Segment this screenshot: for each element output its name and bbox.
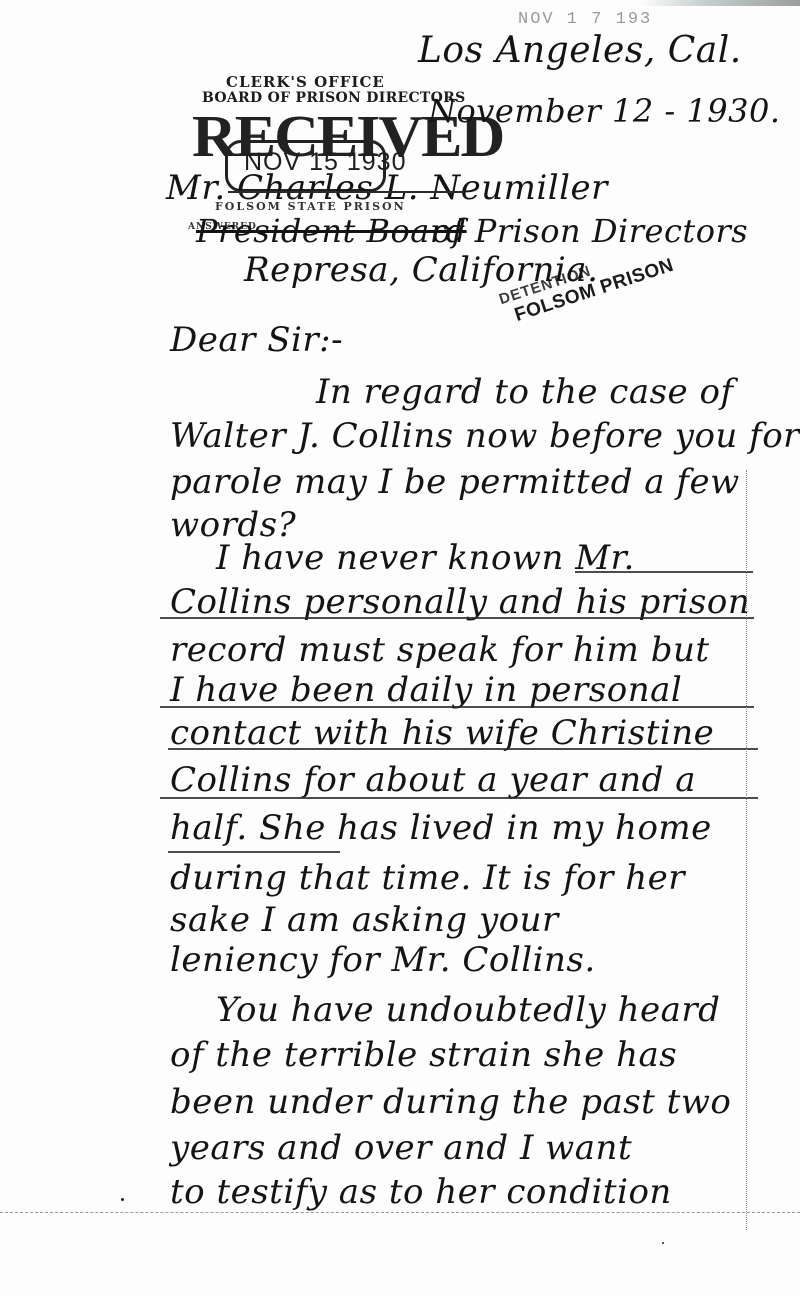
ink-dot xyxy=(662,1242,664,1244)
body-line: record must speak for him but xyxy=(170,630,710,670)
body-line: I have been daily in personal xyxy=(170,670,682,710)
scan-edge-shadow xyxy=(640,0,800,6)
recipient-city: Represa, California. xyxy=(244,250,598,290)
salutation: Dear Sir:- xyxy=(170,320,343,360)
recipient-title-struck: President Board xyxy=(196,212,467,250)
body-line: You have undoubtedly heard xyxy=(216,990,720,1030)
underline xyxy=(160,706,754,708)
underline xyxy=(168,851,340,853)
recipient-title: of Prison Directors xyxy=(432,212,748,250)
letter-date: November 12 - 1930. xyxy=(428,92,781,130)
body-line: to testify as to her condition xyxy=(170,1172,672,1212)
underline xyxy=(168,748,758,750)
body-line: contact with his wife Christine xyxy=(170,713,714,753)
body-line: In regard to the case of xyxy=(316,372,734,412)
body-line: of the terrible strain she has xyxy=(170,1035,677,1075)
underline xyxy=(160,797,758,799)
body-line: Collins personally and his prison xyxy=(170,582,750,622)
letter-page: CLERK'S OFFICE BOARD OF PRISON DIRECTORS… xyxy=(0,0,800,1296)
stamp-faint-date: NOV 1 7 193 xyxy=(518,10,652,29)
body-line: during that time. It is for her xyxy=(170,858,685,898)
ink-dot xyxy=(121,1198,124,1201)
body-line: parole may I be permitted a few xyxy=(170,462,740,502)
underline xyxy=(160,617,754,619)
scan-fold-line xyxy=(746,470,747,1230)
scan-fold-line xyxy=(0,1212,800,1213)
body-line: leniency for Mr. Collins. xyxy=(170,940,596,980)
stamp-clerks-office: CLERK'S OFFICE xyxy=(226,73,385,91)
body-line: been under during the past two xyxy=(170,1082,731,1122)
body-line: Collins for about a year and a xyxy=(170,760,696,800)
letter-place: Los Angeles, Cal. xyxy=(418,30,742,71)
recipient-name: Mr. Charles L. Neumiller xyxy=(166,168,608,208)
strike-line xyxy=(228,191,464,193)
underline xyxy=(575,571,753,573)
body-line: half. She has lived in my home xyxy=(170,808,712,848)
body-line: I have never known Mr. xyxy=(216,538,635,578)
body-line: sake I am asking your xyxy=(170,900,559,940)
body-line: Walter J. Collins now before you for xyxy=(170,416,800,456)
body-line: years and over and I want xyxy=(170,1128,632,1168)
